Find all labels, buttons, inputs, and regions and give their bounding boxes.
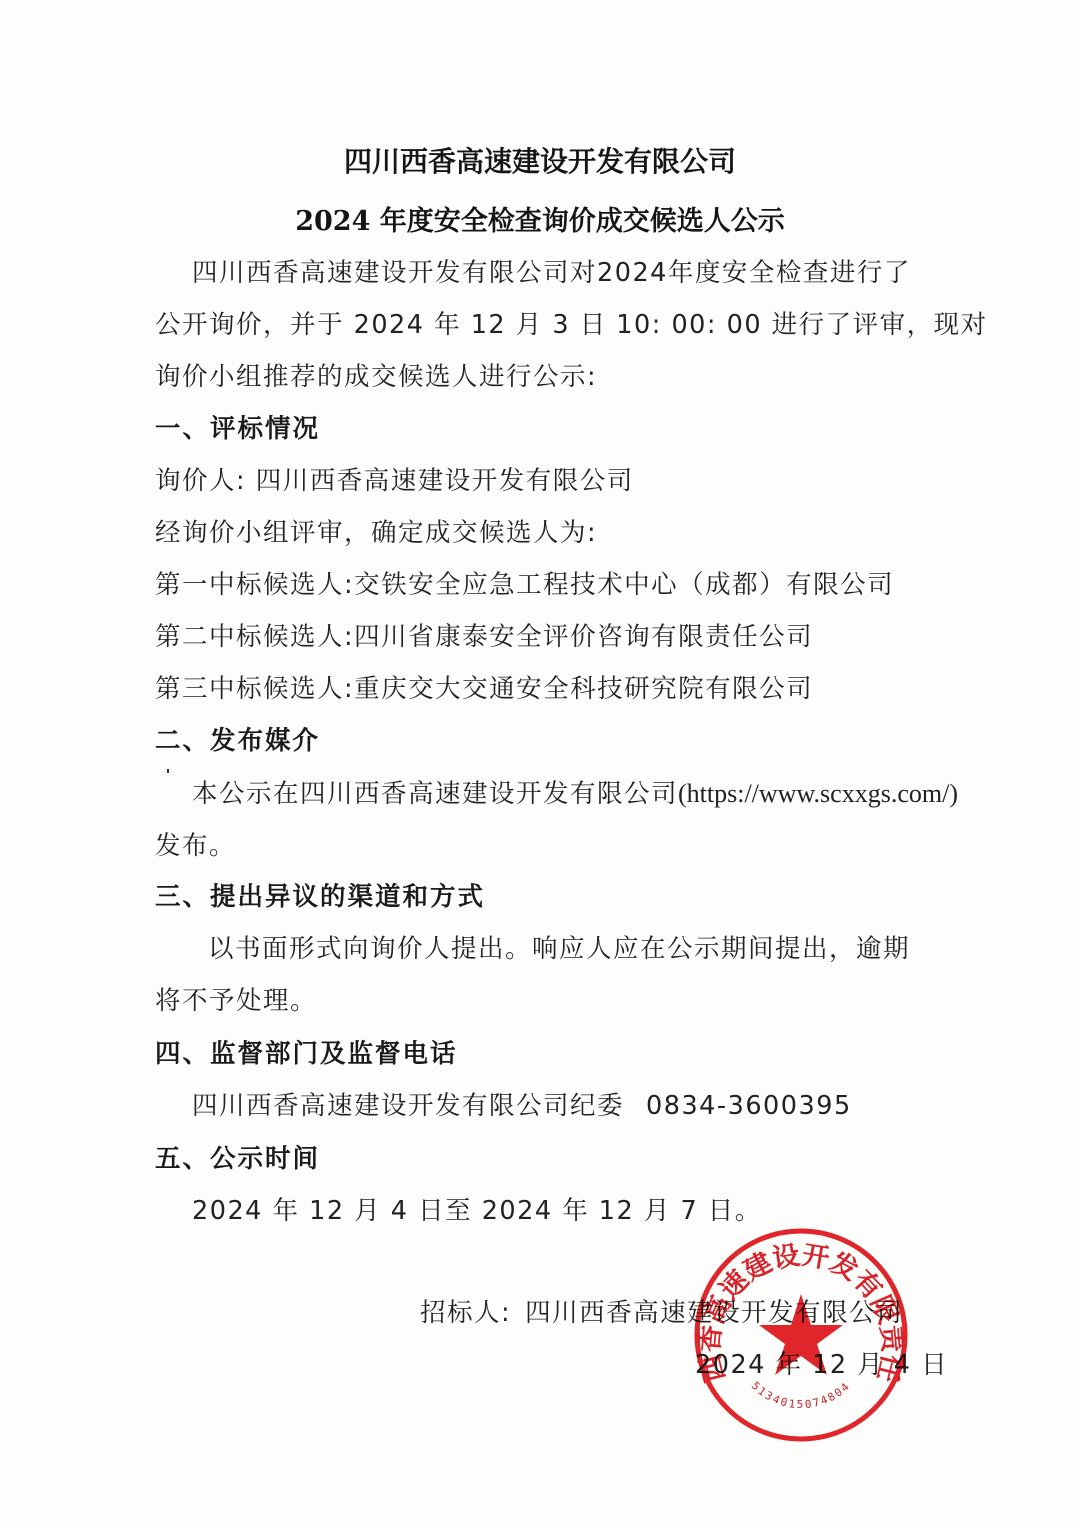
- media-line-1: 本公示在四川西香高速建设开发有限公司(https://www.scxxgs.co…: [192, 778, 958, 810]
- section-heading-evaluation: 一、评标情况: [155, 413, 320, 445]
- candidate-row-1: 第一中标候选人:交铁安全应急工程技术中心（成都）有限公司: [155, 569, 894, 601]
- objection-line-2: 将不予处理。: [155, 985, 317, 1017]
- section-heading-objection: 三、提出异议的渠道和方式: [155, 881, 485, 913]
- candidate-rank-label: 第二中标候选人:: [155, 622, 354, 652]
- intro-line-1: 四川西香高速建设开发有限公司对2024年度安全检查进行了: [192, 257, 911, 289]
- media-text: 本公示在四川西香高速建设开发有限公司: [192, 779, 678, 809]
- document-title-subject: 2024 年度安全检查询价成交候选人公示: [0, 199, 1080, 238]
- candidate-name: 交铁安全应急工程技术中心（成都）有限公司: [354, 570, 894, 600]
- supervision-phone: 0834-3600395: [646, 1091, 852, 1121]
- scan-speck: [167, 769, 169, 773]
- media-line-2: 发布。: [155, 830, 236, 862]
- publicity-period: 2024 年 12 月 4 日至 2024 年 12 月 7 日。: [192, 1195, 762, 1227]
- objection-line-1: 以书面形式向询价人提出。响应人应在公示期间提出，逾期: [208, 933, 910, 965]
- candidate-name: 重庆交大交通安全科技研究院有限公司: [354, 674, 813, 704]
- inquirer-line: 询价人: 四川西香高速建设开发有限公司: [155, 465, 634, 497]
- candidate-name: 四川省康泰安全评价咨询有限责任公司: [354, 622, 813, 652]
- document-page: 四川西香高速建设开发有限公司 2024 年度安全检查询价成交候选人公示 四川西香…: [0, 0, 1080, 1528]
- seal-serial-number: 5134015074804: [749, 1379, 853, 1411]
- signature-date: 2024 年 12 月 4 日: [695, 1349, 948, 1381]
- signature-label: 招标人:: [420, 1298, 511, 1328]
- candidate-rank-label: 第一中标候选人:: [155, 570, 354, 600]
- signature-company: 四川西香高速建设开发有限公司: [525, 1298, 903, 1328]
- supervision-department: 四川西香高速建设开发有限公司纪委: [192, 1091, 624, 1121]
- candidate-rank-label: 第三中标候选人:: [155, 674, 354, 704]
- company-seal: 四川西香高速建设开发有限责任公司 5134015074804: [690, 1224, 912, 1446]
- signature-line: 招标人:四川西香高速建设开发有限公司: [420, 1297, 903, 1329]
- candidate-row-3: 第三中标候选人:重庆交大交通安全科技研究院有限公司: [155, 673, 813, 705]
- supervision-line: 四川西香高速建设开发有限公司纪委0834-3600395: [192, 1090, 852, 1122]
- section-heading-media: 二、发布媒介: [155, 725, 320, 757]
- candidate-row-2: 第二中标候选人:四川省康泰安全评价咨询有限责任公司: [155, 621, 813, 653]
- document-title-company: 四川西香高速建设开发有限公司: [0, 140, 1080, 180]
- website-link[interactable]: (https://www.scxxgs.com/): [678, 779, 958, 808]
- intro-line-3: 询价小组推荐的成交候选人进行公示:: [155, 361, 597, 393]
- review-result-line: 经询价小组评审，确定成交候选人为:: [155, 517, 597, 549]
- section-heading-supervision: 四、监督部门及监督电话: [155, 1038, 458, 1070]
- intro-line-2: 公开询价，并于 2024 年 12 月 3 日 10: 00: 00 进行了评审…: [155, 309, 988, 341]
- section-heading-period: 五、公示时间: [155, 1143, 320, 1175]
